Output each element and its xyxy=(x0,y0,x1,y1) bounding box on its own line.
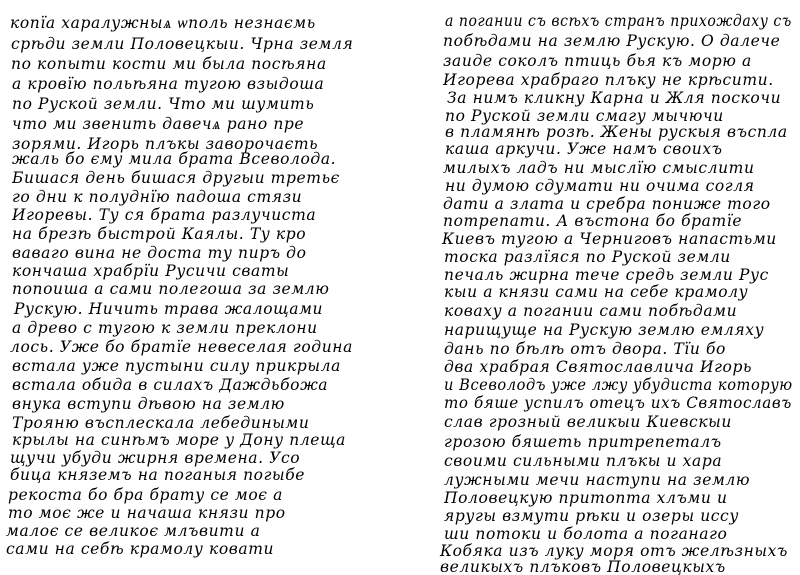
manuscript-line: нарищуще на Рускую землю емляху xyxy=(444,321,764,339)
manuscript-line: ни думою сдумати ни очима согля xyxy=(445,177,755,195)
manuscript-line: великыхъ плъковъ Половецкыхъ xyxy=(440,558,726,575)
manuscript-line: потрепати. А въстона бо братїе xyxy=(443,212,742,230)
manuscript-line: встала уже пустыни силу прикрыла xyxy=(12,357,341,375)
manuscript-line: слав грозный великыи Киевскыи xyxy=(444,413,732,431)
manuscript-line: жаль бо єму мила брата Всеволода. xyxy=(12,150,336,168)
manuscript-line: Рускую. Ничить трава жалощами xyxy=(14,300,323,318)
manuscript-line: каша аркучи. Уже намъ своихъ xyxy=(445,140,723,158)
manuscript-line: лужными мечи наступи на землю xyxy=(444,471,750,489)
manuscript-line: милыхъ ладъ ни мыслїю смыслити xyxy=(443,159,755,177)
manuscript-line: попоиша а сами полегоша за землю xyxy=(12,280,330,298)
manuscript-line: малоє се великоє млъвити а xyxy=(6,522,260,540)
manuscript-line: го дни к полуднїю падоша стязи xyxy=(12,188,302,206)
manuscript-line: побѣдами на землю Рускую. О далече xyxy=(443,32,780,50)
manuscript-line: дати а злата и сребра пониже того xyxy=(443,195,771,213)
manuscript-line: своими сильными плъкы и хара xyxy=(444,452,722,470)
manuscript-line: Киевъ тугою а Черниговъ напастьми xyxy=(442,230,777,248)
manuscript-line: тоска разлїяся по Руской земли xyxy=(444,248,731,266)
manuscript-line: Игоревы. Ту ся брата разлучиста xyxy=(12,206,316,224)
manuscript-line: За нимъ кликну Карна и Жля поскочи xyxy=(447,89,781,107)
manuscript-line: бица княземъ на поганыя погыбе xyxy=(10,466,305,484)
manuscript-line: лось. Уже бо братїе невеселая година xyxy=(10,338,353,356)
manuscript-line: сами на себѣ крамолу ковати xyxy=(6,540,274,558)
manuscript-line: коваху а погании сами побѣдами xyxy=(444,302,737,320)
manuscript-line: а древо с тугою к земли преклони xyxy=(12,319,318,337)
manuscript-line: крылы на синѣмъ море у Дону плеща xyxy=(12,431,346,449)
manuscript-line: внука вступи дѣвою на землю xyxy=(12,395,285,413)
manuscript-line: срѣди земли Половецкыи. Чрна земля xyxy=(11,35,353,53)
manuscript-line: копїа харалужны͏ѧ ѡполь незнаємь xyxy=(10,14,316,32)
manuscript-line: и Всеволодъ уже лжу убудиста которую xyxy=(444,376,793,394)
manuscript-line: Игорева храбраго плъку не крѣсити. xyxy=(443,71,774,89)
manuscript-line: то моє же и начаша князи про xyxy=(8,504,286,522)
manuscript-line: то бяше успилъ отецъ ихъ Святославъ xyxy=(444,394,792,412)
manuscript-line: на брезѣ быстрой Каялы. Ту кро xyxy=(12,225,306,243)
manuscript-line: а погании съ всѣхъ странъ прихождаху съ xyxy=(445,12,792,30)
manuscript-line: по Руской земли. Что ми шумить xyxy=(12,95,314,113)
manuscript-line: встала обида в силахъ Даждьбожа xyxy=(12,376,328,394)
manuscript-line: Трояню въсплескала лебедиными xyxy=(12,414,309,432)
manuscript-line: ваваго вина не доста ту пиръ до xyxy=(12,244,307,262)
right-manuscript-page: а погании съ всѣхъ странъ прихождаху съ … xyxy=(400,0,800,575)
left-manuscript-page: копїа харалужны͏ѧ ѡполь незнаємь срѣди з… xyxy=(0,0,400,575)
manuscript-line: рекоста бо бра брату се моє а xyxy=(8,486,283,504)
manuscript-line: по копыти кости ми была посѣяна xyxy=(11,55,327,73)
manuscript-line: заиде соколъ птиць бья къ морю а xyxy=(443,52,752,70)
manuscript-line: печаль жирна тече средь земли Рус xyxy=(444,266,769,284)
manuscript-line: Половецкую притопта хлъми и xyxy=(444,489,728,507)
manuscript-line: два храбрая Святославлича Игорь xyxy=(444,358,752,376)
manuscript-line: яругы взмути рѣки и озеры иссу xyxy=(444,507,739,525)
manuscript-line: дань по бѣлѣ отъ двора. Тїи бо xyxy=(444,340,726,358)
manuscript-line: что ми звенить давечѧ рано пре xyxy=(12,115,304,133)
manuscript-line: кончаша храбрїи Русичи сваты xyxy=(12,262,289,280)
manuscript-line: а кровїю польѣяна тугою взыдоша xyxy=(12,75,324,93)
manuscript-line: кыи а князи сами на себе крамолу xyxy=(444,283,748,301)
manuscript-line: ши потоки и болота а поганаго xyxy=(444,525,727,543)
manuscript-line: грозою бяшеть притрепеталъ xyxy=(444,433,722,451)
manuscript-line: в пламянѣ розѣ. Жены рускыя въспла xyxy=(445,123,788,141)
manuscript-line: Бишася день бишася другыи третьє xyxy=(12,169,340,187)
manuscript-line: щучи убуди жирня времена. Усо xyxy=(10,449,300,467)
